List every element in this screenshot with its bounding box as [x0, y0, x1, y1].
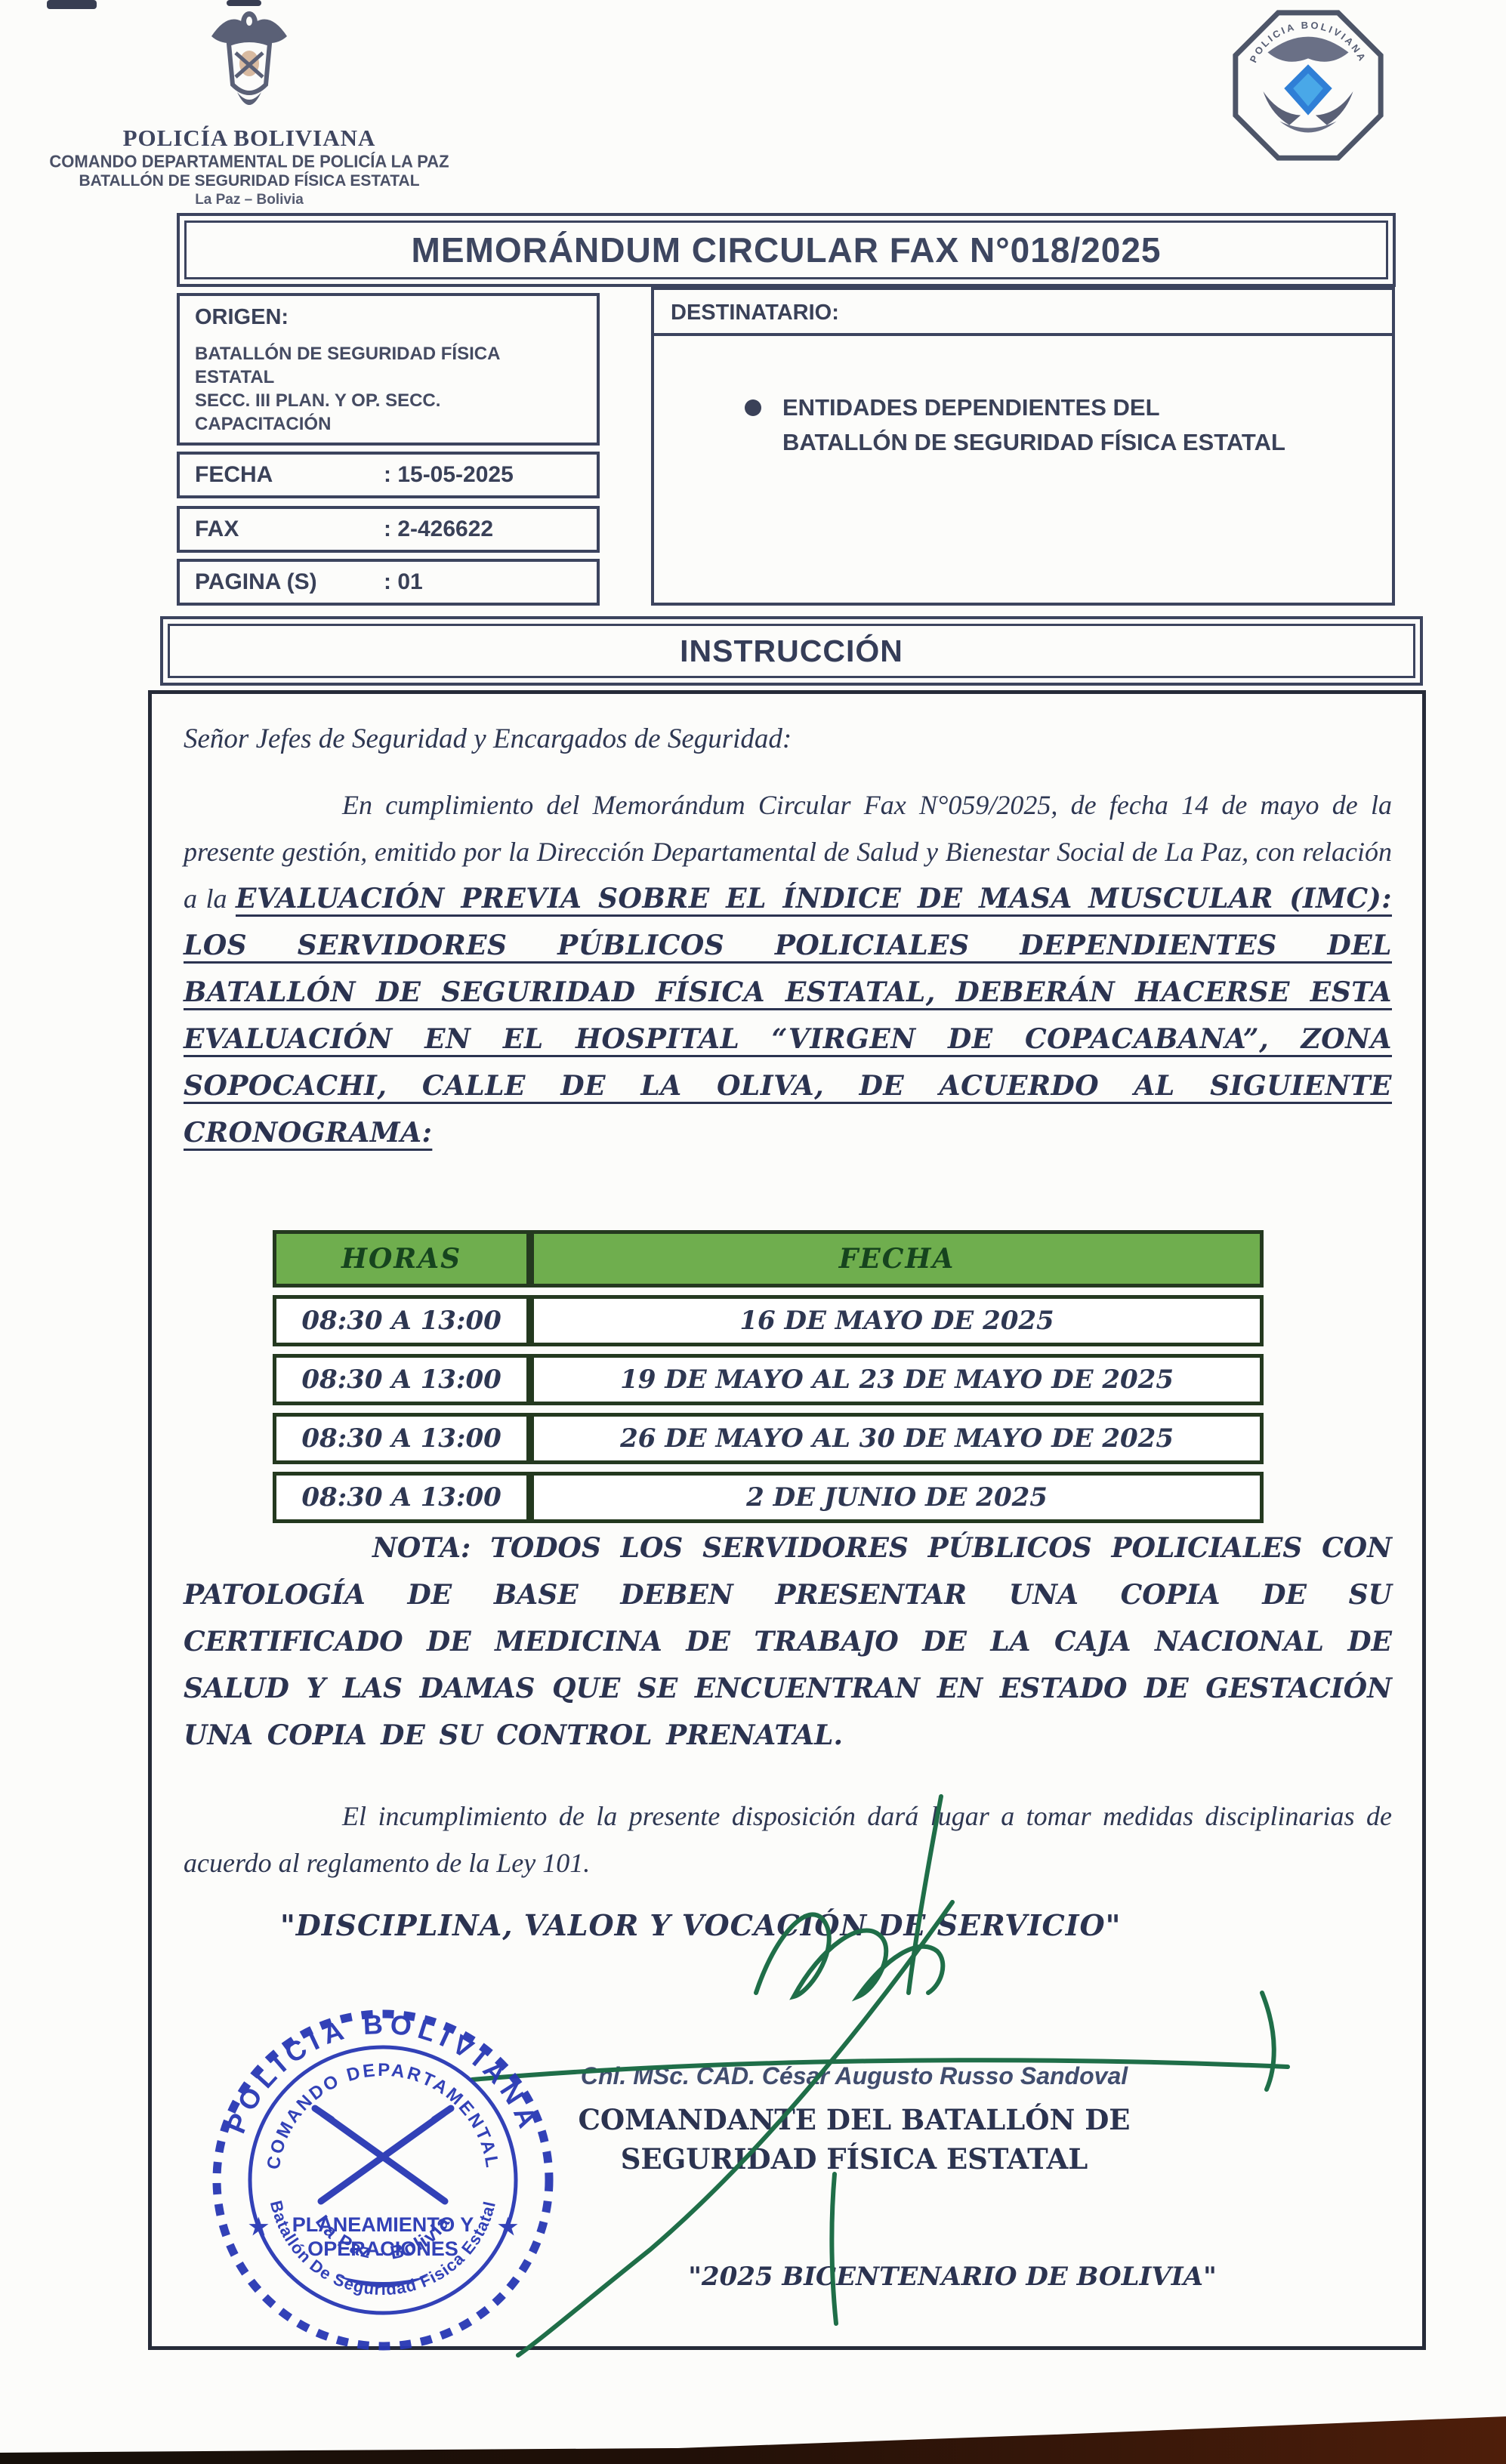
org-line2: COMANDO DEPARTAMENTAL DE POLICÍA LA PAZ [30, 151, 468, 171]
field-value: : 2-426622 [384, 517, 493, 542]
signer-role-line1: COMANDANTE DEL BATALLÓN DE [477, 2100, 1232, 2139]
scan-edge [0, 2407, 1506, 2464]
section-title-box: INSTRUCCIÓN [160, 616, 1423, 686]
field-row-fecha: FECHA : 15-05-2025 [177, 452, 600, 498]
salutation: Señor Jefes de Seguridad y Encargados de… [184, 723, 792, 755]
section-title: INSTRUCCIÓN [680, 634, 903, 669]
cell-fecha: 26 DE MAYO AL 30 DE MAYO DE 2025 [530, 1413, 1264, 1464]
cell-horas: 08:30 A 13:00 [273, 1413, 530, 1464]
field-label: FECHA [195, 462, 384, 488]
table-row: 08:30 A 13:00 2 DE JUNIO DE 2025 [273, 1472, 1264, 1523]
slogan: "2025 BICENTENARIO DE BOLIVIA" [575, 2262, 1330, 2292]
recipient-text: ENTIDADES DEPENDIENTES DEL BATALLÓN DE S… [782, 390, 1288, 460]
document-page: POLICÍA BOLIVIANA COMANDO DEPARTAMENTAL … [0, 0, 1506, 2464]
org-name: POLICÍA BOLIVIANA [30, 125, 468, 152]
document-title: MEMORÁNDUM CIRCULAR FAX N°018/2025 [412, 230, 1162, 270]
cell-horas: 08:30 A 13:00 [273, 1472, 530, 1523]
schedule-table: HORAS FECHA 08:30 A 13:00 16 DE MAYO DE … [273, 1223, 1264, 1531]
recipient-box: DESTINATARIO: ENTIDADES DEPENDIENTES DEL… [651, 287, 1395, 606]
origin-content: BATALLÓN DE SEGURIDAD FÍSICA ESTATAL SEC… [195, 342, 582, 436]
star-icon: ★ [248, 2215, 269, 2240]
paragraph-1-emphasis: EVALUACIÓN PREVIA SOBRE EL ÍNDICE DE MAS… [184, 883, 1392, 1149]
round-stamp-center-line1: PLANEAMIENTO Y [292, 2213, 474, 2236]
field-value: : 01 [384, 569, 423, 595]
letterhead: POLICÍA BOLIVIANA COMANDO DEPARTAMENTAL … [30, 5, 468, 208]
signer-role-line2: SEGURIDAD FÍSICA ESTATAL [477, 2139, 1232, 2179]
nota-paragraph: NOTA: TODOS LOS SERVIDORES PÚBLICOS POLI… [184, 1525, 1392, 1759]
table-row: 08:30 A 13:00 16 DE MAYO DE 2025 [273, 1295, 1264, 1346]
motto: "DISCIPLINA, VALOR Y VOCACIÓN DE SERVICI… [280, 1908, 1121, 1942]
field-row-fax: FAX : 2-426622 [177, 506, 600, 553]
round-stamp-center-line2: OPERACIONES [307, 2237, 458, 2260]
table-row: 08:30 A 13:00 26 DE MAYO AL 30 DE MAYO D… [273, 1413, 1264, 1464]
table-row: 08:30 A 13:00 19 DE MAYO AL 23 DE MAYO D… [273, 1354, 1264, 1405]
field-label: PAGINA (S) [195, 569, 384, 595]
field-label: FAX [195, 517, 384, 542]
closing-paragraph: El incumplimiento de la presente disposi… [184, 1793, 1392, 1886]
body-box: Señor Jefes de Seguridad y Encargados de… [148, 690, 1426, 2350]
field-row-pagina: PAGINA (S) : 01 [177, 559, 600, 606]
org-line4: La Paz – Bolivia [30, 192, 468, 208]
recipient-item: ENTIDADES DEPENDIENTES DEL BATALLÓN DE S… [745, 390, 1288, 460]
signer-role: COMANDANTE DEL BATALLÓN DE SEGURIDAD FÍS… [477, 2100, 1232, 2179]
recipient-label: DESTINATARIO: [671, 301, 839, 325]
col-header-fecha: FECHA [530, 1230, 1264, 1288]
origin-label: ORIGEN: [195, 305, 582, 330]
col-header-horas: HORAS [273, 1230, 530, 1288]
bullet-dot-icon [745, 399, 761, 416]
cell-fecha: 19 DE MAYO AL 23 DE MAYO DE 2025 [530, 1354, 1264, 1405]
cell-horas: 08:30 A 13:00 [273, 1295, 530, 1346]
title-box: MEMORÁNDUM CIRCULAR FAX N°018/2025 [177, 213, 1396, 287]
star-icon: ★ [498, 2215, 518, 2240]
origin-box: ORIGEN: BATALLÓN DE SEGURIDAD FÍSICA EST… [177, 293, 600, 446]
field-value: : 15-05-2025 [384, 462, 514, 488]
cell-fecha: 2 DE JUNIO DE 2025 [530, 1472, 1264, 1523]
signer-name: Cnl. MSc. CAD. César Augusto Russo Sando… [477, 2062, 1232, 2090]
crossed-rifles-icon [315, 2108, 451, 2201]
cell-horas: 08:30 A 13:00 [273, 1354, 530, 1405]
round-stamp-icon: POLICIA BOLIVIANA COMANDO DEPARTAMENTAL … [202, 1999, 564, 2361]
cell-fecha: 16 DE MAYO DE 2025 [530, 1295, 1264, 1346]
table-header-row: HORAS FECHA [273, 1230, 1264, 1288]
octagon-stamp-icon: POLICIA BOLIVIANA [1217, 2, 1399, 174]
org-line3: BATALLÓN DE SEGURIDAD FÍSICA ESTATAL [30, 171, 468, 190]
police-crest-icon [203, 5, 295, 118]
paragraph-1: En cumplimiento del Memorándum Circular … [184, 782, 1392, 1156]
